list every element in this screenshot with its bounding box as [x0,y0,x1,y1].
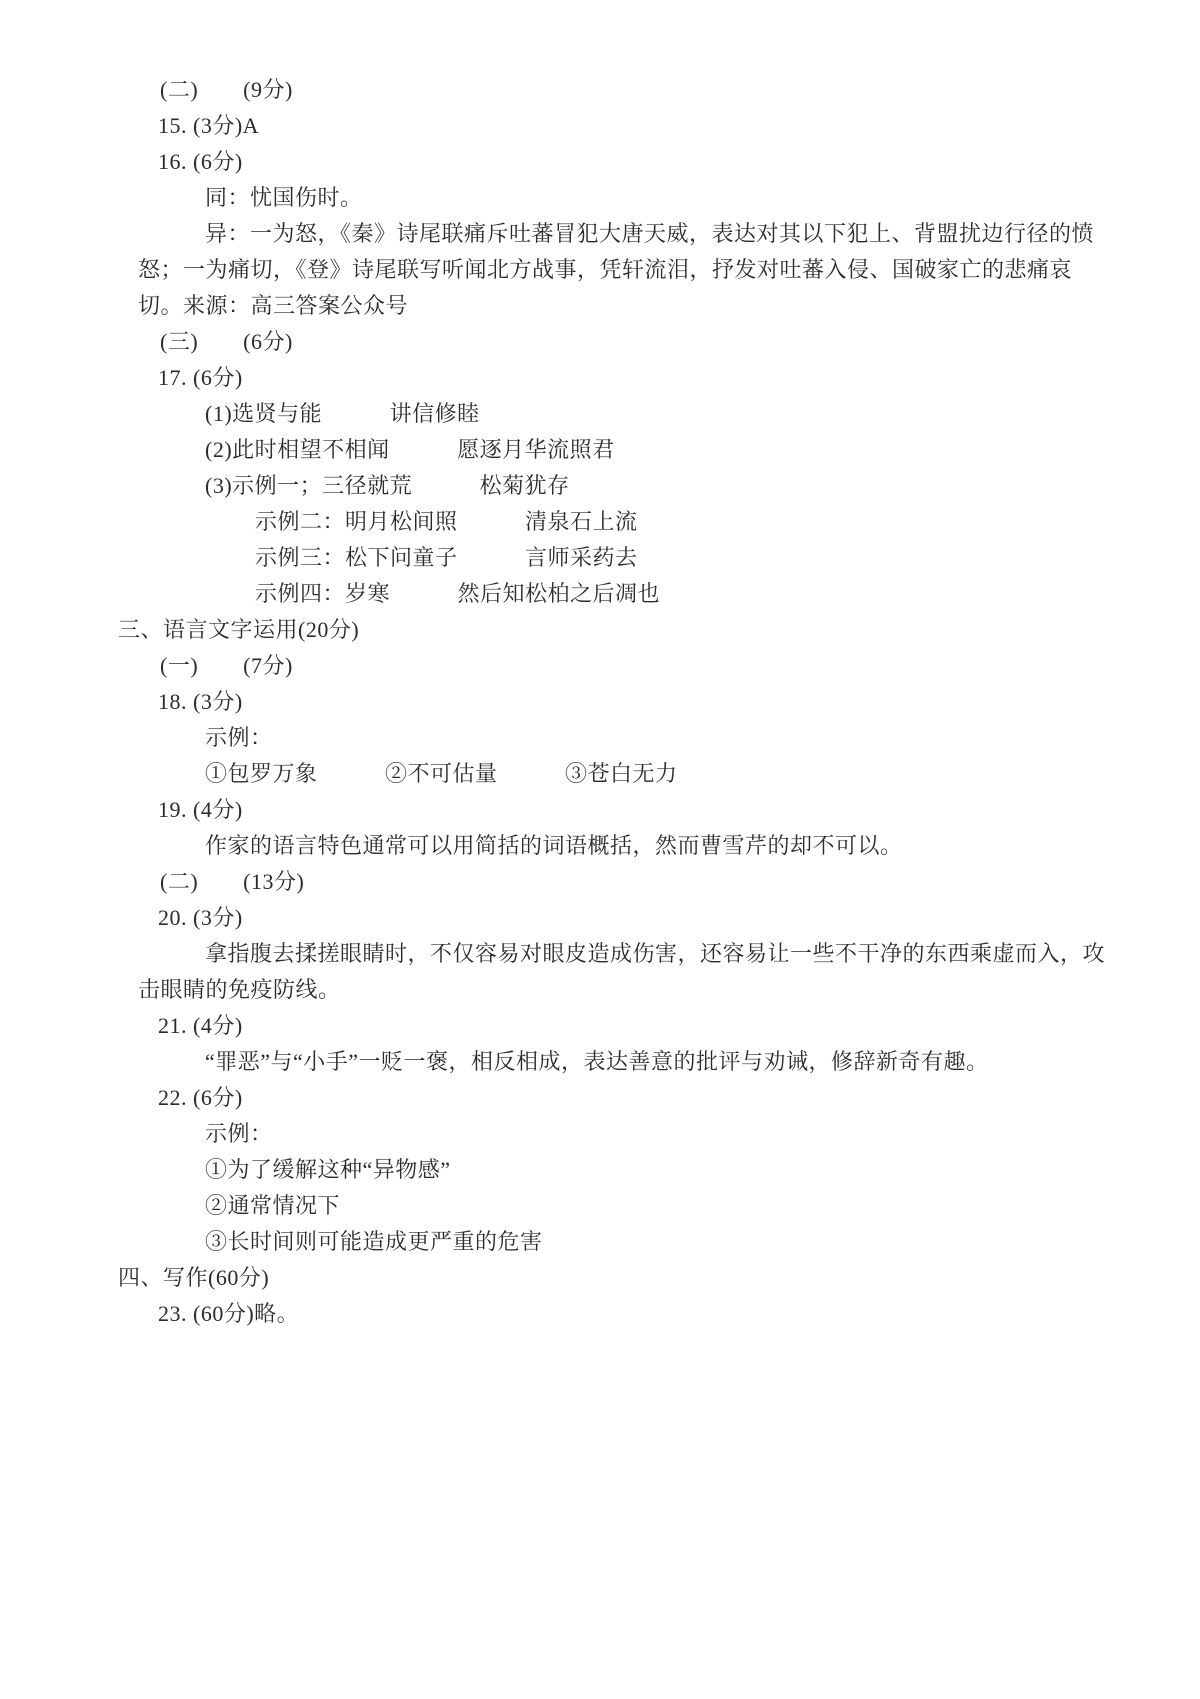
answer-line: 示例三：松下问童子 言师采药去 [0,540,1200,576]
answer-line: 切。来源：高三答案公众号 [0,288,1200,324]
answer-line: 示例： [0,1116,1200,1152]
answer-line: 17. (6分) [0,360,1200,396]
answer-line: 击眼睛的免疫防线。 [0,972,1200,1008]
answer-line: 22. (6分) [0,1080,1200,1116]
answer-line: 示例二：明月松间照 清泉石上流 [0,504,1200,540]
answer-line: 16. (6分) [0,144,1200,180]
answer-line: 23. (60分)略。 [0,1296,1200,1332]
answer-line: ③长时间则可能造成更严重的危害 [0,1224,1200,1260]
answer-line: 三、语言文字运用(20分) [0,612,1200,648]
answer-line: (1)选贤与能 讲信修睦 [0,396,1200,432]
answer-line: 作家的语言特色通常可以用简括的词语概括，然而曹雪芹的却不可以。 [0,828,1200,864]
document-page: (二) (9分)15. (3分)A16. (6分)同：忧国伤时。异：一为怒，《秦… [0,0,1200,1699]
answer-line: ②通常情况下 [0,1188,1200,1224]
answer-line: 20. (3分) [0,900,1200,936]
answer-line: 怒；一为痛切，《登》诗尾联写听闻北方战事，凭轩流泪，抒发对吐蕃入侵、国破家亡的悲… [0,252,1200,288]
answer-line: “罪恶”与“小手”一贬一褒，相反相成，表达善意的批评与劝诫，修辞新奇有趣。 [0,1044,1200,1080]
answer-line: 21. (4分) [0,1008,1200,1044]
answer-line: ①为了缓解这种“异物感” [0,1152,1200,1188]
answer-line: (三) (6分) [0,324,1200,360]
answer-line: 异：一为怒，《秦》诗尾联痛斥吐蕃冒犯大唐天威，表达对其以下犯上、背盟扰边行径的愤 [0,216,1200,252]
answer-line: (二) (13分) [0,864,1200,900]
answer-line: 示例四：岁寒 然后知松柏之后凋也 [0,576,1200,612]
answer-line: 示例： [0,720,1200,756]
answer-line: 四、写作(60分) [0,1260,1200,1296]
answer-line: 19. (4分) [0,792,1200,828]
answer-line: 15. (3分)A [0,108,1200,144]
answer-line: 18. (3分) [0,684,1200,720]
answer-line: (二) (9分) [0,72,1200,108]
answer-line: (一) (7分) [0,648,1200,684]
answer-line: (3)示例一；三径就荒 松菊犹存 [0,468,1200,504]
answer-line: ①包罗万象 ②不可估量 ③苍白无力 [0,756,1200,792]
answer-line: (2)此时相望不相闻 愿逐月华流照君 [0,432,1200,468]
answer-line: 同：忧国伤时。 [0,180,1200,216]
answer-lines: (二) (9分)15. (3分)A16. (6分)同：忧国伤时。异：一为怒，《秦… [0,0,1200,1332]
answer-line: 拿指腹去揉搓眼睛时，不仅容易对眼皮造成伤害，还容易让一些不干净的东西乘虚而入，攻 [0,936,1200,972]
